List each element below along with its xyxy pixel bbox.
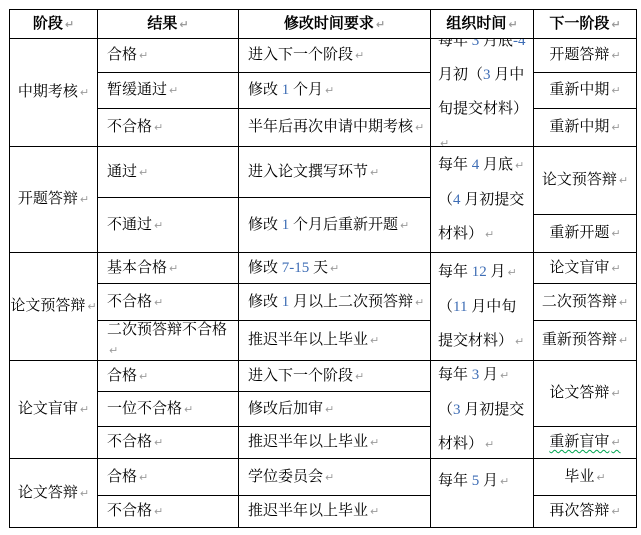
header-cell-revise-time: 修改时间要求 [239, 10, 431, 39]
thesis-stages-table: 阶段 结果 修改时间要求 组织时间 下一阶段 中期考核 合格 进入下一个阶段 暂… [9, 9, 637, 528]
org-time-cell: 每年 4 月底 （4 月初提交材料） [431, 147, 534, 253]
result-cell: 不合格 [98, 109, 239, 147]
result-label: 合格 [107, 366, 148, 387]
revise-cell: 进入下一个阶段 [239, 361, 431, 392]
next-stage-cell: 论文预答辩 [534, 147, 637, 215]
revise-label: 进入下一个阶段 [248, 45, 364, 66]
revise-cell: 学位委员会 [239, 459, 431, 496]
next-stage-cell: 二次预答辩 [534, 284, 637, 321]
org-time-cell: 每年 3 月底-4 月初（3 月中旬提交材料） [431, 39, 534, 147]
header-label: 阶段 [33, 14, 74, 35]
next-label-grammar-flagged: 重新盲审 [549, 432, 620, 453]
stage-label: 论文预答辩 [10, 296, 96, 317]
header-cell-result: 结果 [98, 10, 239, 39]
org-paragraph: （11 月中旬提交材料） [438, 290, 530, 359]
header-label: 修改时间要求 [284, 14, 385, 35]
header-cell-next-stage: 下一阶段 [534, 10, 637, 39]
revise-cell: 修改 1 月以上二次预答辩 [239, 284, 431, 321]
org-time-cell: 每年 5 月 [431, 459, 534, 528]
header-label: 结果 [147, 14, 188, 35]
result-label: 二次预答辩不合格 [107, 321, 234, 361]
result-cell: 暂缓通过 [98, 73, 239, 109]
revise-cell: 推迟半年以上毕业 [239, 321, 431, 361]
revise-label: 学位委员会 [248, 467, 334, 488]
stage-label: 论文盲审 [18, 399, 89, 420]
next-label: 论文盲审 [549, 258, 620, 279]
result-label: 基本合格 [107, 258, 178, 279]
org-paragraph: （3 月初提交材料） [438, 393, 530, 460]
result-label: 不通过 [107, 215, 163, 236]
revise-cell: 修改 1 个月后重新开题 [239, 198, 431, 253]
revise-cell: 修改 7-15 天 [239, 253, 431, 284]
next-label: 论文答辩 [549, 383, 620, 404]
next-label: 重新预答辩 [542, 330, 628, 351]
org-paragraph: （4 月初提交材料） [438, 183, 530, 252]
next-stage-cell: 毕业 [534, 459, 637, 496]
next-stage-cell: 再次答辩 [534, 496, 637, 528]
stage-label: 开题答辩 [18, 189, 89, 210]
org-paragraph: 每年 12 月 [438, 255, 517, 290]
result-label: 暂缓通过 [107, 80, 178, 101]
revise-label: 推迟半年以上毕业 [248, 501, 379, 522]
next-label: 论文预答辩 [542, 170, 628, 191]
result-cell: 一位不合格 [98, 392, 239, 427]
next-label: 重新中期 [549, 80, 620, 101]
stage-label: 论文答辩 [18, 483, 89, 504]
document-page: 阶段 结果 修改时间要求 组织时间 下一阶段 中期考核 合格 进入下一个阶段 暂… [0, 0, 641, 535]
org-paragraph: 每年 3 月底-4 月初（3 月中旬提交材料） [438, 39, 530, 147]
result-label: 不合格 [107, 117, 163, 138]
org-time-cell: 每年 3 月 （3 月初提交材料） [431, 361, 534, 459]
revise-label: 修改 1 月以上二次预答辩 [248, 292, 424, 313]
result-label: 不合格 [107, 501, 163, 522]
next-label: 毕业 [564, 467, 605, 488]
result-cell: 二次预答辩不合格 [98, 321, 239, 361]
next-stage-cell: 重新中期 [534, 73, 637, 109]
revise-label: 推迟半年以上毕业 [248, 330, 379, 351]
revise-label: 推迟半年以上毕业 [248, 432, 379, 453]
stage-cell: 论文答辩 [10, 459, 98, 528]
next-label: 开题答辩 [549, 45, 620, 66]
stage-label: 中期考核 [18, 82, 89, 103]
result-label: 通过 [107, 162, 148, 183]
result-label: 一位不合格 [107, 399, 193, 420]
result-cell: 基本合格 [98, 253, 239, 284]
stage-cell: 论文盲审 [10, 361, 98, 459]
result-cell: 不合格 [98, 427, 239, 459]
org-paragraph: 每年 3 月 [438, 361, 509, 393]
revise-label: 修改 7-15 天 [248, 258, 339, 279]
revise-cell: 进入下一个阶段 [239, 39, 431, 73]
revise-label: 修改 1 个月后重新开题 [248, 215, 409, 236]
revise-cell: 修改后加审 [239, 392, 431, 427]
revise-cell: 推迟半年以上毕业 [239, 496, 431, 528]
result-label: 合格 [107, 467, 148, 488]
header-label: 组织时间 [446, 14, 517, 35]
stage-cell: 论文预答辩 [10, 253, 98, 361]
result-cell: 不合格 [98, 496, 239, 528]
result-cell: 不通过 [98, 198, 239, 253]
next-stage-cell: 重新中期 [534, 109, 637, 147]
next-stage-cell: 重新预答辩 [534, 321, 637, 361]
revise-label: 修改 1 个月 [248, 80, 334, 101]
next-stage-cell: 论文答辩 [534, 361, 637, 427]
result-cell: 通过 [98, 147, 239, 198]
next-stage-cell: 开题答辩 [534, 39, 637, 73]
header-cell-stage: 阶段 [10, 10, 98, 39]
header-label: 下一阶段 [549, 14, 620, 35]
revise-label: 进入下一个阶段 [248, 366, 364, 387]
next-stage-cell: 重新开题 [534, 215, 637, 253]
result-cell: 合格 [98, 39, 239, 73]
header-cell-org-time: 组织时间 [431, 10, 534, 39]
result-cell: 合格 [98, 459, 239, 496]
next-stage-cell: 论文盲审 [534, 253, 637, 284]
next-label: 重新开题 [549, 223, 620, 244]
revise-label: 修改后加审 [248, 399, 334, 420]
result-label: 合格 [107, 45, 148, 66]
next-label: 二次预答辩 [542, 292, 628, 313]
revise-cell: 进入论文撰写环节 [239, 147, 431, 198]
result-label: 不合格 [107, 432, 163, 453]
next-label: 再次答辩 [549, 501, 620, 522]
revise-label: 进入论文撰写环节 [248, 162, 379, 183]
next-stage-cell: 重新盲审 [534, 427, 637, 459]
result-cell: 不合格 [98, 284, 239, 321]
revise-cell: 推迟半年以上毕业 [239, 427, 431, 459]
result-cell: 合格 [98, 361, 239, 392]
stage-cell: 开题答辩 [10, 147, 98, 253]
revise-cell: 修改 1 个月 [239, 73, 431, 109]
result-label: 不合格 [107, 292, 163, 313]
revise-cell: 半年后再次申请中期考核 [239, 109, 431, 147]
revise-label: 半年后再次申请中期考核 [248, 117, 424, 138]
org-paragraph: 每年 4 月底 [438, 148, 524, 183]
org-time-cell: 每年 12 月 （11 月中旬提交材料） [431, 253, 534, 361]
org-paragraph: 每年 5 月 [438, 464, 509, 499]
next-label: 重新中期 [549, 117, 620, 138]
stage-cell: 中期考核 [10, 39, 98, 147]
